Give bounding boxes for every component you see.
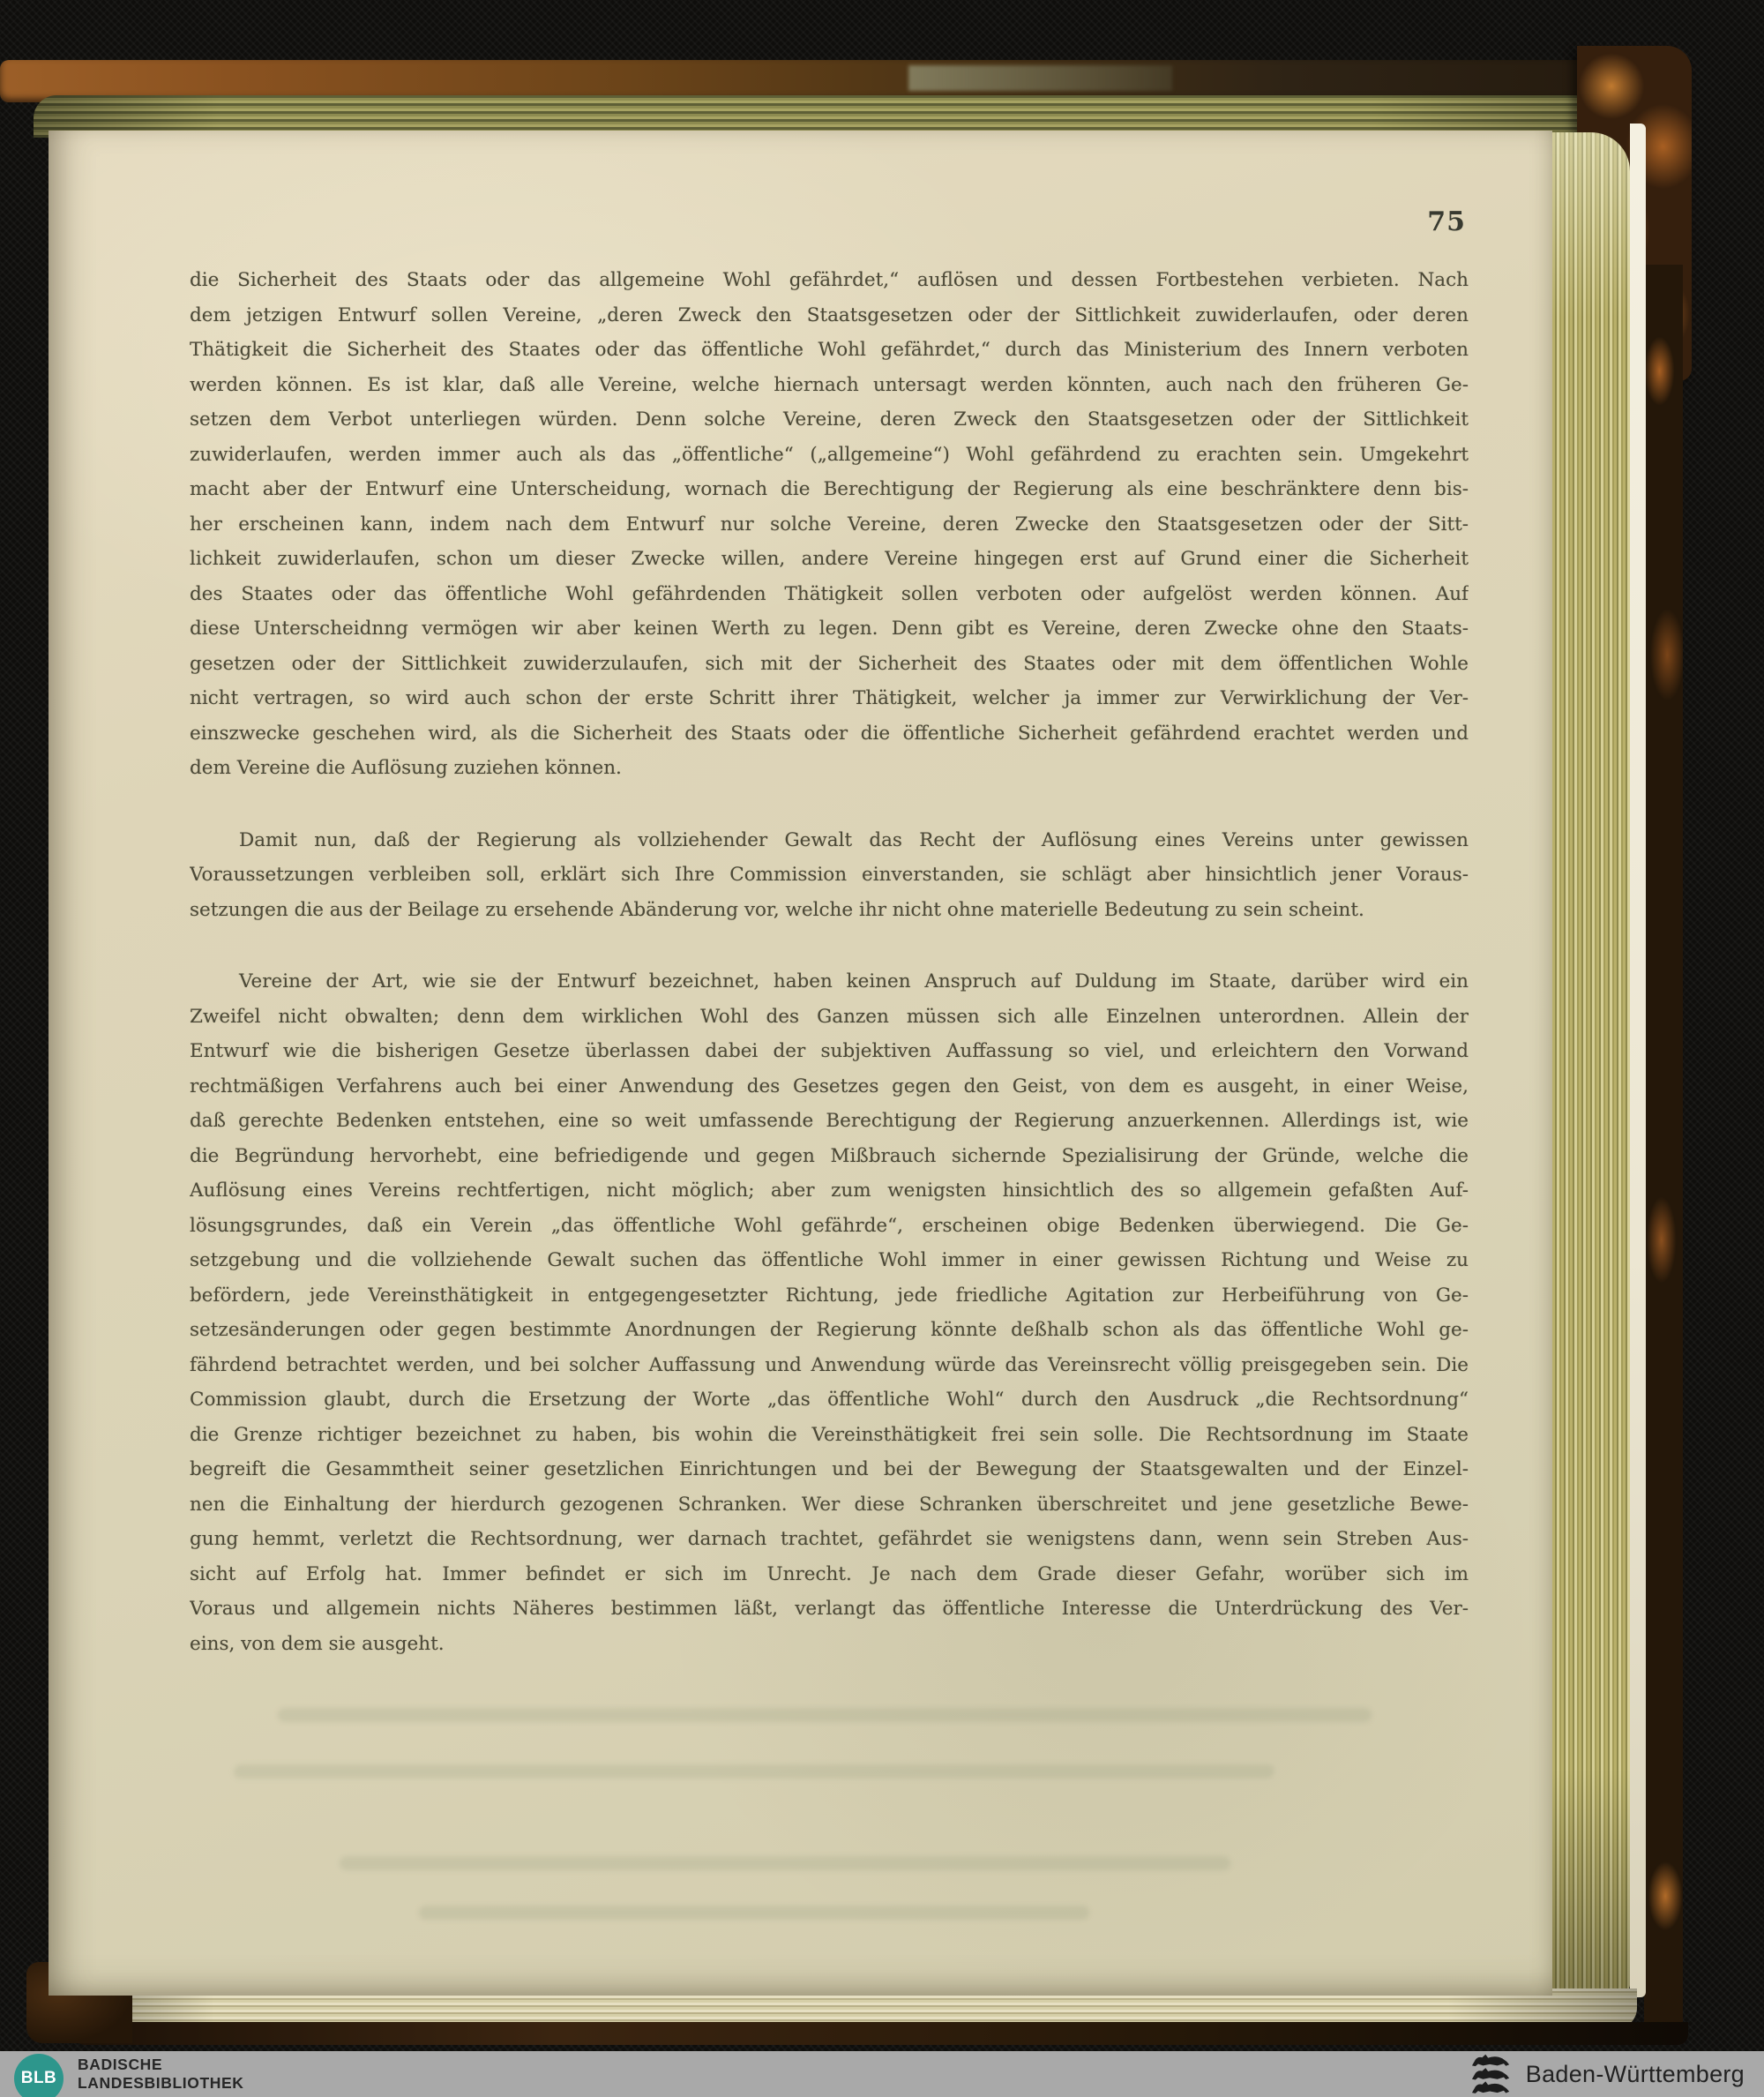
paragraph: die Sicherheit des Staats oder das allge… (190, 263, 1469, 786)
text-line: eins, von dem sie ausgeht. (190, 1627, 1469, 1662)
text-line: die Grenze richtiger bezeichnet zu haben… (190, 1418, 1469, 1453)
text-line: zuwiderlaufen, werden immer auch als das… (190, 438, 1469, 473)
text-line: Voraus und allgemein nichts Näheres best… (190, 1591, 1469, 1627)
text-line: nen die Einhaltung der hierdurch gezogen… (190, 1487, 1469, 1523)
show-through-text (278, 1708, 1372, 1722)
text-line: Thätigkeit die Sicherheit des Staates od… (190, 333, 1469, 368)
footer-band: BLB BADISCHE LANDESBIBLIOTHEK Baden-Würt… (0, 2051, 1764, 2097)
text-line: setzen dem Verbot unterliegen würden. De… (190, 402, 1469, 438)
library-name-line2: LANDESBIBLIOTHEK (78, 2074, 244, 2093)
text-line: dem jetzigen Entwurf sollen Vereine, „de… (190, 298, 1469, 333)
text-line: diese Unterscheidnng vermögen wir aber k… (190, 611, 1469, 647)
show-through-text (419, 1906, 1089, 1920)
text-line: setzesänderungen oder gegen bestimmte An… (190, 1313, 1469, 1348)
text-line: begreift die Gesammtheit seiner gesetzli… (190, 1452, 1469, 1487)
text-line: Commission glaubt, durch die Ersetzung d… (190, 1382, 1469, 1418)
text-line: setzgebung und die vollziehende Gewalt s… (190, 1243, 1469, 1278)
library-branding: BLB BADISCHE LANDESBIBLIOTHEK (0, 2045, 244, 2097)
text-line: Zweifel nicht obwalten; denn dem wirklic… (190, 1000, 1469, 1035)
text-line: befördern, jede Vereinsthätigkeit in ent… (190, 1278, 1469, 1314)
text-line: sicht auf Erfolg hat. Immer befindet er … (190, 1557, 1469, 1592)
library-name-line1: BADISCHE (78, 2056, 244, 2074)
text-line: rechtmäßigen Verfahrens auch bei einer A… (190, 1069, 1469, 1105)
text-line: fährdend betrachtet werden, und bei solc… (190, 1348, 1469, 1383)
outer-sheet-edge (1630, 124, 1646, 1997)
show-through-text (234, 1764, 1275, 1779)
text-line: werden können. Es ist klar, daß alle Ver… (190, 368, 1469, 403)
text-line: lösungsgrundes, daß ein Verein „das öffe… (190, 1209, 1469, 1244)
text-line: Entwurf wie die bisherigen Gesetze überl… (190, 1034, 1469, 1069)
text-line: macht aber der Entwurf eine Unterscheidu… (190, 472, 1469, 507)
text-line: einszwecke geschehen wird, als die Siche… (190, 716, 1469, 752)
text-line: nicht vertragen, so wird auch schon der … (190, 681, 1469, 716)
state-name: Baden-Württemberg (1526, 2061, 1745, 2088)
text-line: her erscheinen kann, indem nach dem Entw… (190, 507, 1469, 543)
blb-logo-icon: BLB (14, 2054, 64, 2097)
page-number: 75 (1427, 206, 1466, 237)
text-line: daß gerechte Bedenken entstehen, eine so… (190, 1104, 1469, 1139)
text-line: gung hemmt, verletzt die Rechtsordnung, … (190, 1522, 1469, 1557)
text-line: Voraussetzungen verbleiben soll, erklärt… (190, 858, 1469, 893)
text-block: die Sicherheit des Staats oder das allge… (190, 263, 1469, 1661)
text-line: die Begründung hervorhebt, eine befriedi… (190, 1139, 1469, 1174)
text-line: des Staates oder das öffentliche Wohl ge… (190, 577, 1469, 612)
text-line: die Sicherheit des Staats oder das allge… (190, 263, 1469, 298)
text-line: dem Vereine die Auflösung zuziehen könne… (190, 751, 1469, 786)
show-through-text (340, 1856, 1230, 1870)
text-line: lichkeit zuwiderlaufen, schon um dieser … (190, 542, 1469, 577)
page-surface: 75 die Sicherheit des Staats oder das al… (49, 131, 1552, 1996)
library-name: BADISCHE LANDESBIBLIOTHEK (78, 2056, 244, 2093)
text-line: gesetzen oder der Sittlichkeit zuwiderzu… (190, 647, 1469, 682)
marbled-cover-right (1644, 265, 1683, 2038)
text-line: Damit nun, daß der Regierung als vollzie… (190, 823, 1469, 858)
paragraph: Vereine der Art, wie sie der Entwurf bez… (190, 964, 1469, 1661)
text-line: Auflösung eines Vereins rechtfertigen, n… (190, 1173, 1469, 1209)
paragraph: Damit nun, daß der Regierung als vollzie… (190, 823, 1469, 928)
blb-logo-label: BLB (21, 2069, 57, 2088)
page-edges-right (1552, 132, 1630, 1992)
text-line: Vereine der Art, wie sie der Entwurf bez… (190, 964, 1469, 1000)
text-line: setzungen die aus der Beilage zu ersehen… (190, 893, 1469, 928)
state-branding: Baden-Württemberg (1469, 2054, 1764, 2094)
baden-wuerttemberg-lions-icon (1469, 2054, 1514, 2094)
cover-bottom-strip (74, 2022, 1688, 2045)
